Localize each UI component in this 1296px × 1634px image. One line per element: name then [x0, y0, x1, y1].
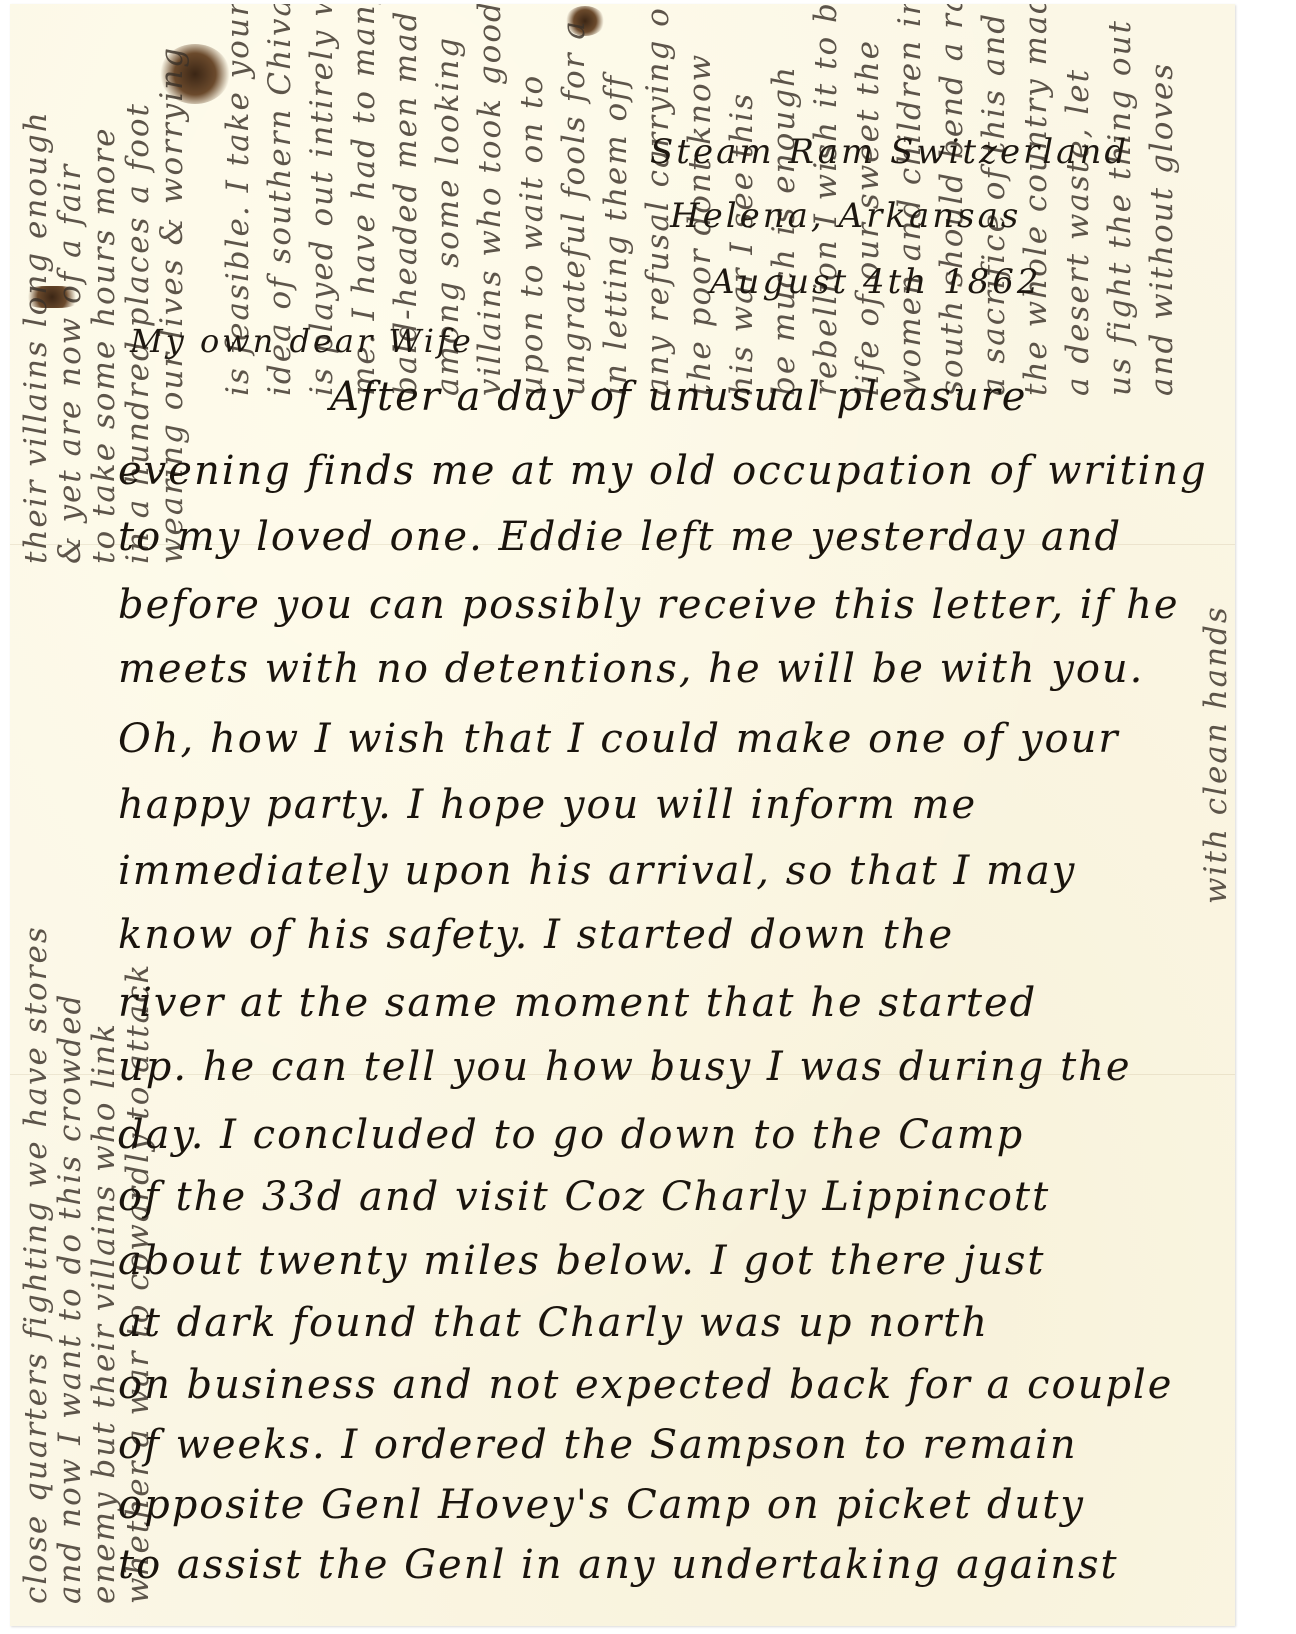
cross-line: close quarters fighting we have stores: [18, 925, 54, 1604]
body-line: happy party. I hope you will inform me: [118, 782, 977, 828]
body-line: before you can possibly receive this let…: [118, 582, 1180, 628]
cross-line: villains who took good: [472, 4, 508, 396]
cross-line: and without gloves: [1144, 62, 1180, 396]
body-line: of the 33d and visit Coz Charly Lippinco…: [118, 1174, 1050, 1220]
cross-line: ungrateful fools for a: [556, 19, 592, 396]
body-line: know of his safety. I started down the: [118, 912, 954, 958]
heading-date: August 4th 1862: [710, 262, 1042, 302]
cross-line: a desert waste, let: [1060, 68, 1096, 396]
cross-line: in letting them off: [598, 74, 634, 396]
body-line: of weeks. I ordered the Sampson to remai…: [118, 1422, 1078, 1468]
cross-line: and now I want to do this crowded: [52, 993, 88, 1604]
body-line: day. I concluded to go down to the Camp: [118, 1112, 1024, 1158]
cross-line: us fight the thing out: [1102, 19, 1138, 396]
heading-vessel: Steam Ram Switzerland: [650, 132, 1129, 172]
salutation: My own dear Wife: [130, 322, 474, 360]
body-line: opposite Genl Hovey's Camp on picket dut…: [118, 1482, 1085, 1528]
cross-line: enemy but their villains who link: [86, 1022, 122, 1604]
body-line: about twenty miles below. I got there ju…: [118, 1238, 1046, 1284]
cross-line: to take some hours more: [86, 127, 122, 564]
body-line: meets with no detentions, he will be wit…: [118, 646, 1144, 692]
letter-page: is feasible. I take your idea of souther…: [10, 4, 1235, 1626]
body-line: at dark found that Charly was up north: [118, 1300, 989, 1346]
cross-written-right: with clean hands: [1198, 605, 1234, 904]
body-line: Oh, how I wish that I could make one of …: [118, 716, 1119, 762]
body-line: to my loved one. Eddie left me yesterday…: [118, 514, 1122, 560]
cross-line: their villains long enough: [18, 110, 54, 564]
body-line: on business and not expected back for a …: [118, 1362, 1173, 1408]
body-line: After a day of unusual pleasure: [330, 374, 1027, 420]
heading-location: Helena, Arkansas: [670, 196, 1021, 236]
cross-line: & yet are now of a fair: [52, 163, 88, 564]
body-line: up. he can tell you how busy I was durin…: [118, 1044, 1132, 1090]
body-line: river at the same moment that he started: [118, 980, 1037, 1026]
cross-line: the whole country made: [1018, 4, 1054, 396]
body-line: to assist the Genl in any undertaking ag…: [118, 1542, 1119, 1588]
cross-line: upon to wait on to: [514, 74, 550, 396]
body-line: immediately upon his arrival, so that I …: [118, 848, 1076, 894]
body-line: evening finds me at my old occupation of…: [118, 448, 1208, 494]
